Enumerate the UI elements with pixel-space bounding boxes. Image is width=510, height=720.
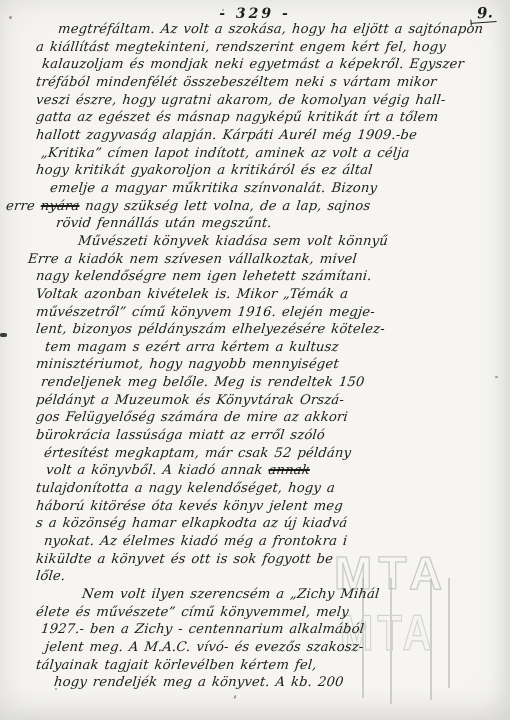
handwriting-segment: megtréfáltam. Az volt a szokása, hogy ha… (57, 22, 484, 37)
scan-speck (55, 688, 57, 690)
handwriting-line: megtréfáltam. Az volt a szokása, hogy ha… (57, 21, 499, 39)
handwriting-segment: lőle. (35, 569, 66, 584)
handwriting-line: bürokrácia lassúsága miatt az erről szól… (35, 427, 499, 445)
handwriting-line: hallott zagyvaság alapján. Kárpáti Aurél… (35, 127, 499, 145)
handwriting-line: 1927.- ben a Zichy - centennarium alkalm… (40, 621, 499, 639)
manuscript-page: - 329 - 9. MTA MTA megtréfáltam. Az volt… (0, 0, 510, 720)
handwriting-line: tréfából mindenfélét összebeszéltem neki… (35, 74, 499, 92)
handwriting-line: háború kitörése óta kevés könyv jelent m… (35, 498, 499, 516)
handwriting-line: rövid fennállás után megszűnt. (55, 215, 499, 233)
handwriting-segment: jelent meg. A M.A.C. vívó- és evezős sza… (44, 640, 364, 655)
handwriting-segment: „Kritika” címen lapot indított, aminek a… (40, 146, 410, 161)
handwriting-segment: 1927.- ben a Zichy - centennarium alkalm… (40, 622, 365, 637)
handwriting-segment: gatta az egészet és másnap nagyképű krit… (35, 110, 439, 125)
handwriting-line: nyokat. Az élelmes kiadó még a frontokra… (43, 533, 499, 551)
handwriting-line: tem magam s ezért arra kértem a kultusz (44, 339, 499, 357)
scan-edge-mark (0, 333, 7, 337)
handwriting-line: a kiállítást megtekinteni, rendszerint e… (35, 39, 499, 57)
handwriting-segment: s a közönség hamar elkapkodta az új kiad… (35, 516, 348, 531)
handwriting-segment: a kiállítást megtekinteni, rendszerint e… (35, 40, 446, 55)
scan-speck (222, 9, 224, 11)
handwriting-line: hogy rendeljék meg a könyvet. A kb. 200 (53, 674, 499, 692)
scan-speck (9, 16, 12, 19)
manuscript-lines: megtréfáltam. Az volt a szokása, hogy ha… (36, 21, 498, 692)
handwriting-line: lent, bizonyos példányszám elhelyezésére… (35, 321, 499, 339)
handwriting-segment: tályainak tagjait körlevélben kértem fel… (35, 658, 317, 673)
handwriting-segment: rendeljenek meg belőle. Meg is rendeltek… (40, 375, 365, 390)
handwriting-line: hogy kritikát gyakoroljon a kritikáról é… (35, 162, 499, 180)
handwriting-line: Erre a kiadók nem szívesen vállalkoztak,… (27, 251, 499, 269)
handwriting-segment: emelje a magyar műkritika színvonalát. B… (49, 181, 378, 196)
handwriting-segment: háború kitörése óta kevés könyv jelent m… (35, 499, 343, 514)
handwriting-line: kalauzoljam és mondjak neki egyetmást a … (41, 56, 499, 74)
handwriting-line: lőle. (35, 568, 499, 586)
handwriting-segment: nyokat. Az élelmes kiadó még a frontokra… (43, 534, 348, 549)
handwriting-segment: nagy szükség lett volna, de a lap, sajno… (79, 199, 371, 214)
handwriting-segment: minisztériumot, hogy nagyobb mennyiséget (35, 357, 339, 372)
handwriting-line: gos Felügyelőség számára de mire az akko… (35, 409, 499, 427)
handwriting-segment: tréfából mindenfélét összebeszéltem neki… (35, 75, 437, 90)
handwriting-segment: Művészeti könyvek kiadása sem volt könny… (77, 234, 388, 249)
handwriting-segment: erre (5, 199, 41, 214)
handwriting-line: művészetről” című könyvem 1916. elején m… (35, 304, 499, 322)
struck-word: annak (268, 463, 311, 478)
handwriting-segment: veszi észre, hogy ugratni akarom, de kom… (35, 93, 446, 108)
handwriting-line: kiküldte a könyvet és ott is sok fogyott… (35, 551, 499, 569)
handwriting-segment: kiküldte a könyvet és ott is sok fogyott… (35, 552, 334, 567)
handwriting-segment: tem magam s ezért arra kértem a kultusz (44, 340, 339, 355)
handwriting-segment: nagy kelendőségre nem igen lehetett szám… (35, 269, 372, 284)
handwriting-line: Művészeti könyvek kiadása sem volt könny… (77, 233, 499, 251)
handwriting-line: élete és művészete” című könyvemmel, mel… (35, 604, 499, 622)
handwriting-line: rendeljenek meg belőle. Meg is rendeltek… (40, 374, 499, 392)
handwriting-segment: hallott zagyvaság alapján. Kárpáti Aurél… (35, 128, 418, 143)
handwriting-line: s a közönség hamar elkapkodta az új kiad… (35, 515, 499, 533)
handwriting-line: tulajdonította a nagy kelendőséget, hogy… (35, 480, 499, 498)
handwriting-line: jelent meg. A M.A.C. vívó- és evezős sza… (44, 639, 499, 657)
handwriting-line: veszi észre, hogy ugratni akarom, de kom… (35, 92, 499, 110)
handwriting-line: nagy kelendőségre nem igen lehetett szám… (35, 268, 499, 286)
handwriting-segment: Erre a kiadók nem szívesen vállalkoztak,… (27, 252, 357, 267)
handwriting-segment: tulajdonította a nagy kelendőséget, hogy… (35, 481, 335, 496)
handwriting-segment: Voltak azonban kivételek is. Mikor „Témá… (35, 287, 349, 302)
handwriting-line: értesítést megkaptam, már csak 52 példán… (43, 445, 499, 463)
handwriting-line: emelje a magyar műkritika színvonalát. B… (49, 180, 499, 198)
handwriting-segment: példányt a Muzeumok és Könyvtárak Orszá- (35, 393, 344, 408)
handwriting-line: minisztériumot, hogy nagyobb mennyiséget (35, 356, 499, 374)
handwriting-segment: lent, bizonyos példányszám elhelyezésére… (35, 322, 385, 337)
handwriting-segment: élete és művészete” című könyvemmel, mel… (35, 605, 349, 620)
handwriting-segment: bürokrácia lassúsága miatt az erről szól… (35, 428, 325, 443)
handwriting-segment: rövid fennállás után megszűnt. (55, 216, 272, 231)
handwriting-line: erre nyára nagy szükség lett volna, de a… (5, 198, 499, 216)
handwriting-segment: kalauzoljam és mondjak neki egyetmást a … (41, 57, 464, 72)
handwriting-segment: művészetről” című könyvem 1916. elején m… (35, 305, 375, 320)
handwriting-line: gatta az egészet és másnap nagyképű krit… (35, 109, 499, 127)
handwriting-segment: gos Felügyelőség számára de mire az akko… (35, 410, 348, 425)
handwriting-line: példányt a Muzeumok és Könyvtárak Orszá- (35, 392, 499, 410)
handwriting-segment: értesítést megkaptam, már csak 52 példán… (43, 446, 352, 461)
scan-speck (495, 376, 498, 378)
handwriting-line: „Kritika” címen lapot indított, aminek a… (40, 145, 499, 163)
handwriting-segment: Nem volt ilyen szerencsém a „Zichy Mihál (81, 587, 380, 602)
handwriting-line: tályainak tagjait körlevélben kértem fel… (35, 657, 499, 675)
scan-speck (233, 695, 236, 699)
handwriting-segment: hogy kritikát gyakoroljon a kritikáról é… (35, 163, 373, 178)
handwriting-line: volt a könyvből. A kiadó annak annak (45, 462, 499, 480)
struck-word: nyára (40, 199, 80, 214)
handwriting-line: Voltak azonban kivételek is. Mikor „Témá… (35, 286, 499, 304)
handwriting-segment: volt a könyvből. A kiadó annak (45, 463, 269, 478)
handwriting-segment: hogy rendeljék meg a könyvet. A kb. 200 (53, 675, 344, 690)
handwriting-line: Nem volt ilyen szerencsém a „Zichy Mihál (81, 586, 499, 604)
page-number: - 329 - (0, 6, 510, 22)
